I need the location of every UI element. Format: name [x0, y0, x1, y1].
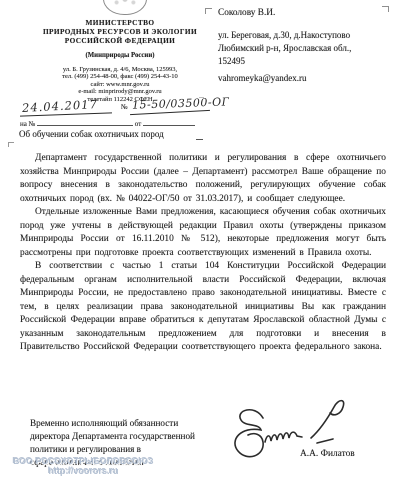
recipient-corner-mark-left: [205, 8, 212, 14]
on-number-blank: [37, 118, 133, 126]
subject-line: Об обучении собак охотничьих пород: [19, 129, 164, 139]
signer-position-line1: Временно исполняющий обязанности: [30, 417, 220, 430]
from-label: от: [135, 120, 141, 128]
subject-corner-mark: [8, 142, 14, 147]
signer-position-line2: директора Департамента государственной: [30, 430, 220, 443]
recipient-block: Соколову В.И. ул. Береговая, д.30, д.Нак…: [218, 8, 386, 83]
recipient-corner-mark-bottom: [199, 94, 204, 98]
body-paragraph-2: Отдельные изложенные Вами предложения, к…: [20, 206, 386, 260]
recipient-address-line1: ул. Береговая, д.30, д.Накоступово: [218, 29, 386, 42]
body-paragraph-3: В соответствии с частью 1 статьи 104 Кон…: [20, 260, 386, 355]
incoming-reference-line: на № от: [20, 118, 195, 128]
ministry-short-name: (Минприроды России): [14, 51, 226, 60]
letter-body: Департамент государственной политики и р…: [20, 152, 386, 355]
from-blank: [143, 118, 195, 126]
ministry-phone-fax: тел. (499) 254-48-00, факс (499) 254-43-…: [14, 73, 226, 81]
coat-of-arms-icon: [103, 0, 147, 15]
body-paragraph-1: Департамент государственной политики и р…: [20, 152, 386, 206]
subject-trailing-mark: [196, 139, 203, 140]
letterhead: МИНИСТЕРСТВО ПРИРОДНЫХ РЕСУРСОВ И ЭКОЛОГ…: [14, 18, 226, 103]
ministry-email: e-mail: minprirody@mnr.gov.ru: [14, 88, 226, 96]
ministry-website: сайт: www.mnr.gov.ru: [14, 81, 226, 89]
signer-name: А.А. Филатов: [300, 449, 355, 459]
scanned-letter-page: МИНИСТЕРСТВО ПРИРОДНЫХ РЕСУРСОВ И ЭКОЛОГ…: [0, 0, 399, 488]
signer-position-line3: политики и регулирования в: [30, 443, 220, 456]
on-number-label: на №: [20, 120, 35, 128]
recipient-address-line2: Любимский р-н, Ярославская обл.,: [218, 42, 386, 55]
recipient-name: Соколову В.И.: [218, 8, 386, 18]
ministry-name-line1: МИНИСТЕРСТВО: [14, 18, 226, 27]
outgoing-reference-line: 24.04.2017 № 15-50/03500-ОГ: [20, 99, 230, 119]
ministry-name-line3: РОССИЙСКОЙ ФЕДЕРАЦИИ: [14, 36, 226, 45]
handwritten-outgoing-number: 15-50/03500-ОГ: [132, 95, 230, 111]
recipient-email: vahromeyka@yandex.ru: [218, 73, 386, 83]
site-watermark: ВОО РОСОХОТРЫБОЛОВСОЮЗ http://voorors.ru: [1, 456, 166, 476]
ministry-street-address: ул. Б. Грузинская, д. 4/6, Москва, 12599…: [14, 66, 226, 74]
watermark-organization: ВОО РОСОХОТРЫБОЛОВСОЮЗ: [1, 456, 166, 466]
watermark-url: http://voorors.ru: [1, 466, 166, 476]
recipient-postcode: 152495: [218, 55, 386, 68]
number-sign: №: [121, 103, 128, 111]
